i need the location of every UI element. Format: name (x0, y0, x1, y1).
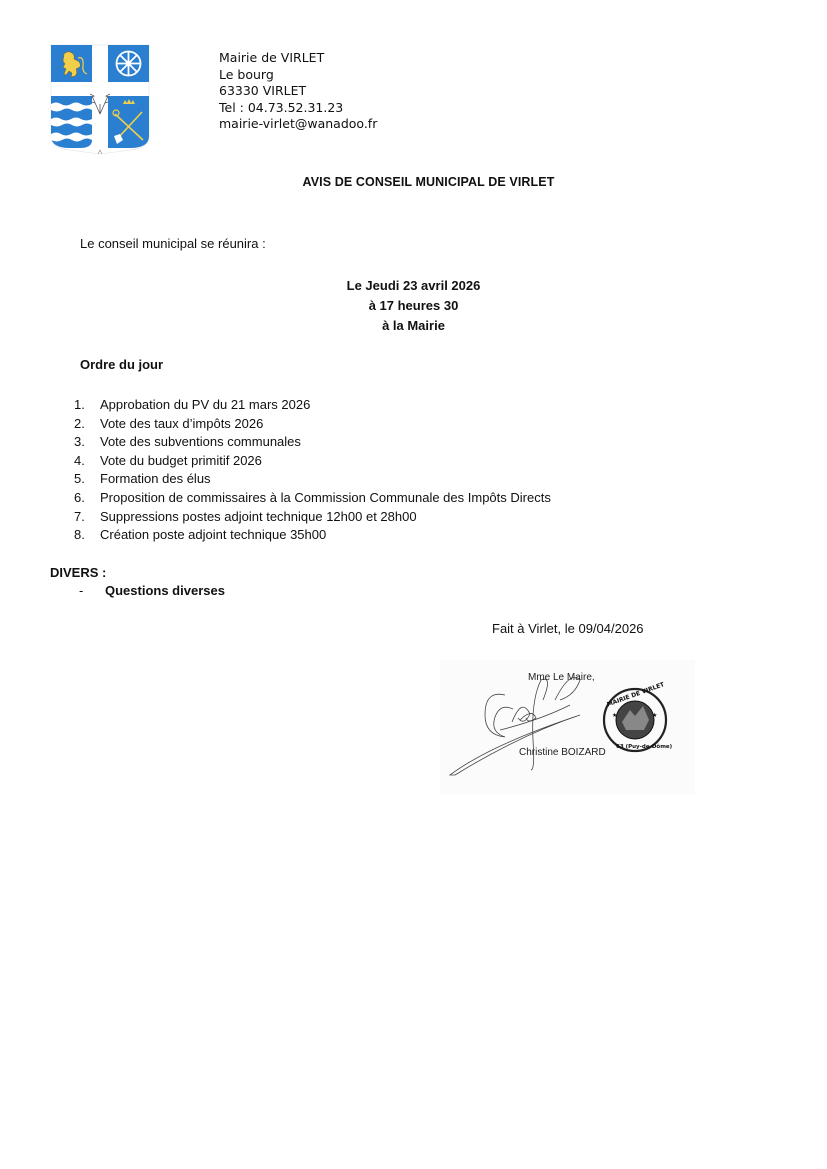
meeting-date: Le Jeudi 23 avril 2026 (0, 276, 827, 296)
agenda-item-number: 7. (74, 508, 100, 527)
divers-item: - Questions diverses (79, 583, 225, 598)
agenda-item-number: 3. (74, 433, 100, 452)
agenda-item: 2.Vote des taux d’impôts 2026 (74, 415, 551, 434)
agenda-item: 3.Vote des subventions communales (74, 433, 551, 452)
agenda-item-text: Création poste adjoint technique 35h00 (100, 526, 326, 545)
agenda-item: 1.Approbation du PV du 21 mars 2026 (74, 396, 551, 415)
meeting-details: Le Jeudi 23 avril 2026 à 17 heures 30 à … (0, 276, 827, 336)
agenda-item-number: 2. (74, 415, 100, 434)
stamp-icon: ★ ★ MAIRIE DE VIRLET 63 (Puy-de-Dôme) (604, 681, 673, 751)
address-line-name: Mairie de VIRLET (219, 50, 377, 67)
divers-bullet: - (79, 583, 105, 598)
agenda-item-text: Vote du budget primitif 2026 (100, 452, 262, 471)
agenda-item-text: Vote des subventions communales (100, 433, 301, 452)
agenda-item-text: Proposition de commissaires à la Commiss… (100, 489, 551, 508)
address-line-email[interactable]: mairie-virlet@wanadoo.fr (219, 116, 377, 133)
agenda-item-text: Approbation du PV du 21 mars 2026 (100, 396, 310, 415)
agenda-item: 8.Création poste adjoint technique 35h00 (74, 526, 551, 545)
agenda-item-number: 8. (74, 526, 100, 545)
agenda-item: 6.Proposition de commissaires à la Commi… (74, 489, 551, 508)
agenda-item-text: Vote des taux d’impôts 2026 (100, 415, 263, 434)
divers-item-text: Questions diverses (105, 583, 225, 598)
agenda-item-number: 6. (74, 489, 100, 508)
svg-text:★: ★ (612, 712, 617, 719)
agenda-item-number: 1. (74, 396, 100, 415)
signatory-role: Mme Le Maire, (528, 672, 595, 683)
agenda-item-text: Suppressions postes adjoint technique 12… (100, 508, 417, 527)
agenda-title: Ordre du jour (80, 357, 163, 372)
meeting-place: à la Mairie (0, 316, 827, 336)
address-line-street: Le bourg (219, 67, 377, 84)
svg-text:63 (Puy-de-Dôme): 63 (Puy-de-Dôme) (616, 743, 673, 750)
mairie-address: Mairie de VIRLET Le bourg 63330 VIRLET T… (219, 50, 377, 133)
svg-text:★: ★ (652, 712, 657, 719)
address-line-city: 63330 VIRLET (219, 83, 377, 100)
agenda-item-number: 5. (74, 470, 100, 489)
intro-text: Le conseil municipal se réunira : (80, 236, 266, 251)
place-and-date: Fait à Virlet, le 09/04/2026 (492, 621, 644, 636)
signatory-name: Christine BOIZARD (519, 747, 606, 758)
divers-title: DIVERS : (50, 565, 106, 580)
agenda-item-number: 4. (74, 452, 100, 471)
agenda-item: 5.Formation des élus (74, 470, 551, 489)
agenda-list: 1.Approbation du PV du 21 mars 2026 2.Vo… (74, 396, 551, 545)
agenda-item: 4.Vote du budget primitif 2026 (74, 452, 551, 471)
coat-of-arms-logo (50, 44, 150, 156)
agenda-item: 7.Suppressions postes adjoint technique … (74, 508, 551, 527)
document-title: AVIS DE CONSEIL MUNICIPAL DE VIRLET (0, 175, 827, 189)
crest-icon (50, 44, 150, 156)
meeting-time: à 17 heures 30 (0, 296, 827, 316)
agenda-item-text: Formation des élus (100, 470, 211, 489)
address-line-phone: Tel : 04.73.52.31.23 (219, 100, 377, 117)
